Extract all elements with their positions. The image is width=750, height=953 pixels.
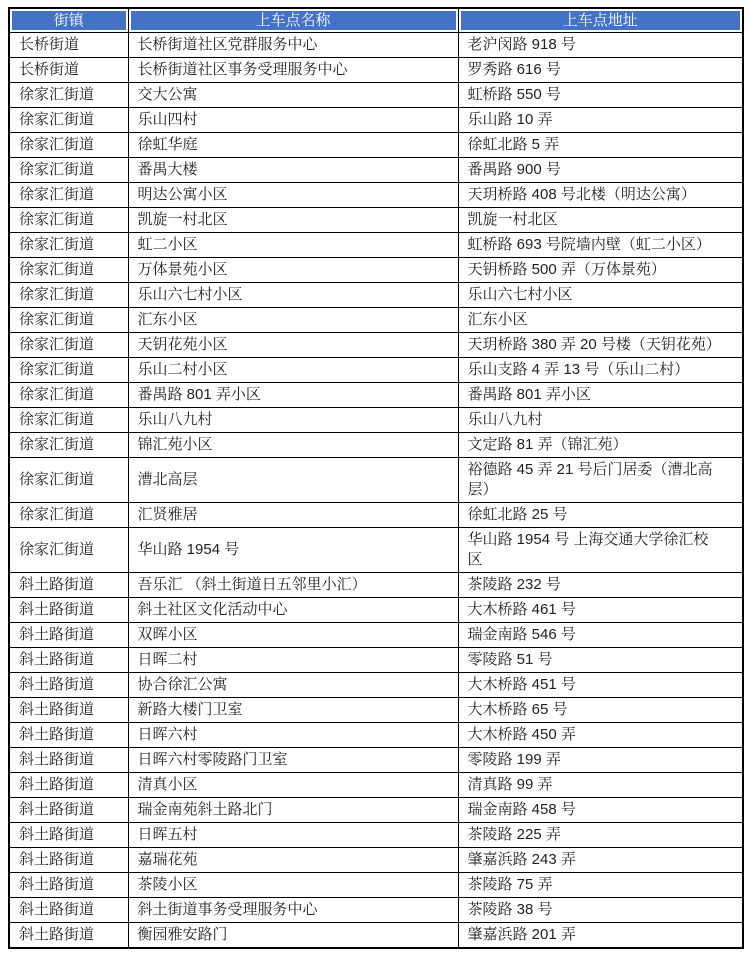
name-cell: 天钥花苑小区 (128, 333, 458, 358)
name-cell: 明达公寓小区 (128, 183, 458, 208)
address-cell: 老沪闵路 918 号 (458, 33, 743, 58)
street-cell: 斜土路街道 (9, 873, 128, 898)
name-cell: 斜土街道事务受理服务中心 (128, 898, 458, 923)
name-cell: 日晖二村 (128, 648, 458, 673)
table-row: 斜土路街道瑞金南苑斜土路北门瑞金南路 458 号 (9, 798, 743, 823)
street-cell: 徐家汇街道 (9, 383, 128, 408)
street-cell: 徐家汇街道 (9, 408, 128, 433)
name-cell: 番禺路 801 弄小区 (128, 383, 458, 408)
table-row: 徐家汇街道华山路 1954 号华山路 1954 号 上海交通大学徐汇校 区 (9, 528, 743, 573)
address-cell: 乐山支路 4 弄 13 号（乐山二村） (458, 358, 743, 383)
table-row: 徐家汇街道万体景苑小区天钥桥路 500 弄（万体景苑） (9, 258, 743, 283)
street-cell: 徐家汇街道 (9, 158, 128, 183)
name-cell: 华山路 1954 号 (128, 528, 458, 573)
name-cell: 乐山六七村小区 (128, 283, 458, 308)
address-cell: 清真路 99 弄 (458, 773, 743, 798)
name-cell: 万体景苑小区 (128, 258, 458, 283)
address-cell: 大木桥路 65 号 (458, 698, 743, 723)
table-row: 斜土路街道日晖六村大木桥路 450 弄 (9, 723, 743, 748)
street-cell: 徐家汇街道 (9, 133, 128, 158)
table-row: 徐家汇街道汇贤雅居徐虹北路 25 号 (9, 503, 743, 528)
name-cell: 长桥街道社区事务受理服务中心 (128, 58, 458, 83)
street-cell: 斜土路街道 (9, 623, 128, 648)
street-cell: 斜土路街道 (9, 673, 128, 698)
address-cell: 罗秀路 616 号 (458, 58, 743, 83)
street-cell: 斜土路街道 (9, 898, 128, 923)
street-cell: 徐家汇街道 (9, 283, 128, 308)
table-body: 长桥街道长桥街道社区党群服务中心老沪闵路 918 号长桥街道长桥街道社区事务受理… (9, 33, 743, 949)
address-cell: 天玥桥路 408 号北楼（明达公寓） (458, 183, 743, 208)
address-cell: 徐虹北路 25 号 (458, 503, 743, 528)
address-cell: 虹桥路 693 号院墙内壁（虹二小区） (458, 233, 743, 258)
name-cell: 汇贤雅居 (128, 503, 458, 528)
table-row: 斜土路街道日晖五村茶陵路 225 弄 (9, 823, 743, 848)
table-row: 徐家汇街道凯旋一村北区凯旋一村北区 (9, 208, 743, 233)
name-cell: 斜土社区文化活动中心 (128, 598, 458, 623)
document-page: 街镇 上车点名称 上车点地址 长桥街道长桥街道社区党群服务中心老沪闵路 918 … (0, 0, 750, 952)
address-cell: 零陵路 199 弄 (458, 748, 743, 773)
name-cell: 清真小区 (128, 773, 458, 798)
name-cell: 乐山四村 (128, 108, 458, 133)
name-cell: 日晖六村 (128, 723, 458, 748)
name-cell: 凯旋一村北区 (128, 208, 458, 233)
table-row: 斜土路街道协合徐汇公寓大木桥路 451 号 (9, 673, 743, 698)
name-cell: 番禺大楼 (128, 158, 458, 183)
address-cell: 凯旋一村北区 (458, 208, 743, 233)
name-cell: 交大公寓 (128, 83, 458, 108)
table-row: 徐家汇街道交大公寓虹桥路 550 号 (9, 83, 743, 108)
table-row: 徐家汇街道乐山四村乐山路 10 弄 (9, 108, 743, 133)
street-cell: 长桥街道 (9, 58, 128, 83)
address-cell: 番禺路 801 弄小区 (458, 383, 743, 408)
name-cell: 瑞金南苑斜土路北门 (128, 798, 458, 823)
table-row: 徐家汇街道汇东小区汇东小区 (9, 308, 743, 333)
street-cell: 斜土路街道 (9, 573, 128, 598)
table-row: 斜土路街道日晖二村零陵路 51 号 (9, 648, 743, 673)
table-row: 斜土路街道衡园雅安路门肇嘉浜路 201 弄 (9, 923, 743, 949)
address-cell: 裕德路 45 弄 21 号后门居委（漕北高 层） (458, 458, 743, 503)
table-row: 徐家汇街道虹二小区虹桥路 693 号院墙内壁（虹二小区） (9, 233, 743, 258)
header-row: 街镇 上车点名称 上车点地址 (9, 8, 743, 33)
street-cell: 徐家汇街道 (9, 433, 128, 458)
table-row: 长桥街道长桥街道社区事务受理服务中心罗秀路 616 号 (9, 58, 743, 83)
name-cell: 嘉瑞花苑 (128, 848, 458, 873)
table-row: 徐家汇街道乐山八九村乐山八九村 (9, 408, 743, 433)
name-cell: 汇东小区 (128, 308, 458, 333)
table-row: 徐家汇街道徐虹华庭徐虹北路 5 弄 (9, 133, 743, 158)
address-cell: 茶陵路 225 弄 (458, 823, 743, 848)
address-cell: 大木桥路 461 号 (458, 598, 743, 623)
street-cell: 斜土路街道 (9, 848, 128, 873)
address-cell: 番禺路 900 号 (458, 158, 743, 183)
table-row: 徐家汇街道乐山二村小区乐山支路 4 弄 13 号（乐山二村） (9, 358, 743, 383)
address-cell: 汇东小区 (458, 308, 743, 333)
name-cell: 新路大楼门卫室 (128, 698, 458, 723)
street-cell: 徐家汇街道 (9, 333, 128, 358)
address-cell: 虹桥路 550 号 (458, 83, 743, 108)
pickup-points-table: 街镇 上车点名称 上车点地址 长桥街道长桥街道社区党群服务中心老沪闵路 918 … (8, 7, 744, 949)
street-cell: 徐家汇街道 (9, 183, 128, 208)
street-cell: 长桥街道 (9, 33, 128, 58)
street-cell: 斜土路街道 (9, 598, 128, 623)
address-cell: 徐虹北路 5 弄 (458, 133, 743, 158)
address-cell: 文定路 81 弄（锦汇苑） (458, 433, 743, 458)
street-cell: 徐家汇街道 (9, 208, 128, 233)
address-cell: 乐山八九村 (458, 408, 743, 433)
street-cell: 斜土路街道 (9, 773, 128, 798)
name-cell: 长桥街道社区党群服务中心 (128, 33, 458, 58)
address-cell: 零陵路 51 号 (458, 648, 743, 673)
address-cell: 天钥桥路 500 弄（万体景苑） (458, 258, 743, 283)
table-row: 斜土路街道双晖小区瑞金南路 546 号 (9, 623, 743, 648)
address-cell: 茶陵路 232 号 (458, 573, 743, 598)
name-cell: 协合徐汇公寓 (128, 673, 458, 698)
table-row: 斜土路街道新路大楼门卫室大木桥路 65 号 (9, 698, 743, 723)
table-row: 斜土路街道斜土社区文化活动中心大木桥路 461 号 (9, 598, 743, 623)
address-cell: 肇嘉浜路 243 弄 (458, 848, 743, 873)
table-row: 徐家汇街道番禺路 801 弄小区番禺路 801 弄小区 (9, 383, 743, 408)
table-row: 斜土路街道日晖六村零陵路门卫室零陵路 199 弄 (9, 748, 743, 773)
address-cell: 华山路 1954 号 上海交通大学徐汇校 区 (458, 528, 743, 573)
name-cell: 虹二小区 (128, 233, 458, 258)
table-row: 斜土路街道清真小区清真路 99 弄 (9, 773, 743, 798)
street-cell: 斜土路街道 (9, 823, 128, 848)
street-cell: 徐家汇街道 (9, 108, 128, 133)
street-cell: 徐家汇街道 (9, 528, 128, 573)
table-row: 徐家汇街道锦汇苑小区文定路 81 弄（锦汇苑） (9, 433, 743, 458)
col-header-street-label: 街镇 (12, 11, 126, 30)
table-row: 斜土路街道斜土街道事务受理服务中心茶陵路 38 号 (9, 898, 743, 923)
table-row: 斜土路街道嘉瑞花苑肇嘉浜路 243 弄 (9, 848, 743, 873)
name-cell: 日晖六村零陵路门卫室 (128, 748, 458, 773)
street-cell: 徐家汇街道 (9, 233, 128, 258)
col-header-street: 街镇 (9, 8, 128, 33)
table-row: 斜土路街道茶陵小区茶陵路 75 弄 (9, 873, 743, 898)
name-cell: 漕北高层 (128, 458, 458, 503)
col-header-name-label: 上车点名称 (131, 11, 456, 30)
address-cell: 大木桥路 451 号 (458, 673, 743, 698)
table-row: 徐家汇街道明达公寓小区天玥桥路 408 号北楼（明达公寓） (9, 183, 743, 208)
col-header-address-label: 上车点地址 (461, 11, 741, 30)
address-cell: 瑞金南路 458 号 (458, 798, 743, 823)
address-cell: 瑞金南路 546 号 (458, 623, 743, 648)
street-cell: 斜土路街道 (9, 648, 128, 673)
name-cell: 日晖五村 (128, 823, 458, 848)
street-cell: 斜土路街道 (9, 798, 128, 823)
street-cell: 徐家汇街道 (9, 503, 128, 528)
name-cell: 徐虹华庭 (128, 133, 458, 158)
table-row: 徐家汇街道天钥花苑小区天玥桥路 380 弄 20 号楼（天钥花苑） (9, 333, 743, 358)
street-cell: 徐家汇街道 (9, 83, 128, 108)
table-row: 长桥街道长桥街道社区党群服务中心老沪闵路 918 号 (9, 33, 743, 58)
address-cell: 茶陵路 75 弄 (458, 873, 743, 898)
name-cell: 乐山八九村 (128, 408, 458, 433)
table-row: 徐家汇街道乐山六七村小区乐山六七村小区 (9, 283, 743, 308)
street-cell: 斜土路街道 (9, 698, 128, 723)
street-cell: 斜土路街道 (9, 923, 128, 949)
table-row: 斜土路街道吾乐汇 （斜土街道日五邻里小汇）茶陵路 232 号 (9, 573, 743, 598)
address-cell: 乐山六七村小区 (458, 283, 743, 308)
address-cell: 大木桥路 450 弄 (458, 723, 743, 748)
name-cell: 锦汇苑小区 (128, 433, 458, 458)
street-cell: 斜土路街道 (9, 723, 128, 748)
street-cell: 徐家汇街道 (9, 458, 128, 503)
address-cell: 肇嘉浜路 201 弄 (458, 923, 743, 949)
address-cell: 茶陵路 38 号 (458, 898, 743, 923)
street-cell: 徐家汇街道 (9, 308, 128, 333)
name-cell: 乐山二村小区 (128, 358, 458, 383)
address-cell: 乐山路 10 弄 (458, 108, 743, 133)
table-row: 徐家汇街道漕北高层裕德路 45 弄 21 号后门居委（漕北高 层） (9, 458, 743, 503)
street-cell: 徐家汇街道 (9, 258, 128, 283)
name-cell: 双晖小区 (128, 623, 458, 648)
street-cell: 斜土路街道 (9, 748, 128, 773)
name-cell: 茶陵小区 (128, 873, 458, 898)
col-header-name: 上车点名称 (128, 8, 458, 33)
address-cell: 天玥桥路 380 弄 20 号楼（天钥花苑） (458, 333, 743, 358)
name-cell: 吾乐汇 （斜土街道日五邻里小汇） (128, 573, 458, 598)
col-header-address: 上车点地址 (458, 8, 743, 33)
table-row: 徐家汇街道番禺大楼番禺路 900 号 (9, 158, 743, 183)
name-cell: 衡园雅安路门 (128, 923, 458, 949)
street-cell: 徐家汇街道 (9, 358, 128, 383)
